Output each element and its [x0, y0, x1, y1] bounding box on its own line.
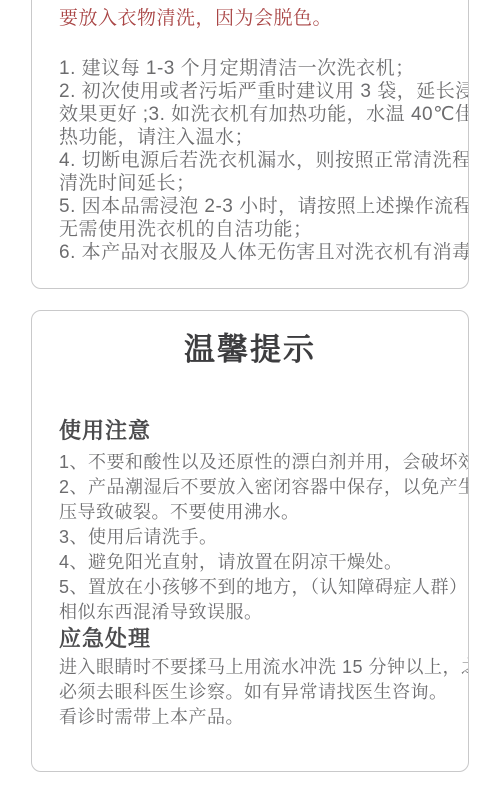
instruction-line: 4. 切断电源后若洗衣机漏水，则按照正常清洗程序清洗，	[59, 149, 460, 172]
instruction-line: 效果更好 ;3. 如洗衣机有加热功能，水温 40℃佳，如无加	[59, 103, 460, 126]
precaution-line: 5、置放在小孩够不到的地方，（认知障碍症人群）切忌与	[59, 575, 460, 600]
precaution-line: 4、避免阳光直射，请放置在阴凉干燥处。	[59, 550, 460, 575]
emergency-line: 必须去眼科医生诊察。如有异常请找医生咨询。	[59, 680, 460, 705]
instruction-line: 热功能，请注入温水；	[59, 126, 460, 149]
emergency-treatment-text: 进入眼睛时不要揉马上用流水冲洗 15 分钟以上，之后 必须去眼科医生诊察。如有异…	[59, 655, 460, 730]
instruction-line: 无需使用洗衣机的自洁功能；	[59, 218, 460, 241]
instruction-line: 2. 初次使用或者污垢严重时建议用 3 袋，延长浸泡时间，	[59, 80, 460, 103]
usage-precautions-heading: 使用注意	[59, 417, 458, 445]
discoloration-warning-text: 要放入衣物清洗，因为会脱色。	[59, 7, 458, 31]
precaution-line: 3、使用后请洗手。	[59, 525, 460, 550]
precaution-line: 1、不要和酸性以及还原性的漂白剂并用，会破坏效果。	[59, 450, 460, 475]
emergency-line: 进入眼睛时不要揉马上用流水冲洗 15 分钟以上，之后	[59, 655, 460, 680]
precaution-line: 压导致破裂。不要使用沸水。	[59, 500, 460, 525]
product-instruction-page: 要放入衣物清洗，因为会脱色。 1. 建议每 1-3 个月定期清洁一次洗衣机； 2…	[0, 0, 500, 806]
precaution-line: 2、产品潮湿后不要放入密闭容器中保存，以免产生高气	[59, 475, 460, 500]
instruction-line: 清洗时间延长；	[59, 172, 460, 195]
precaution-line: 相似东西混淆导致误服。	[59, 600, 460, 625]
emergency-treatment-heading: 应急处理	[59, 625, 458, 653]
emergency-line: 看诊时需带上本产品。	[59, 705, 460, 730]
warm-tips-title: 温馨提示	[32, 329, 468, 371]
instruction-line: 6. 本产品对衣服及人体无伤害且对洗衣机有消毒作用。	[59, 241, 460, 264]
instructions-card: 要放入衣物清洗，因为会脱色。 1. 建议每 1-3 个月定期清洁一次洗衣机； 2…	[31, 0, 469, 289]
usage-instructions-list: 1. 建议每 1-3 个月定期清洁一次洗衣机； 2. 初次使用或者污垢严重时建议…	[59, 57, 460, 264]
instruction-line: 1. 建议每 1-3 个月定期清洁一次洗衣机；	[59, 57, 460, 80]
warm-tips-card: 温馨提示 使用注意 1、不要和酸性以及还原性的漂白剂并用，会破坏效果。 2、产品…	[31, 310, 469, 772]
usage-precautions-list: 1、不要和酸性以及还原性的漂白剂并用，会破坏效果。 2、产品潮湿后不要放入密闭容…	[59, 450, 460, 625]
instruction-line: 5. 因本品需浸泡 2-3 小时，请按照上述操作流程操作，	[59, 195, 460, 218]
